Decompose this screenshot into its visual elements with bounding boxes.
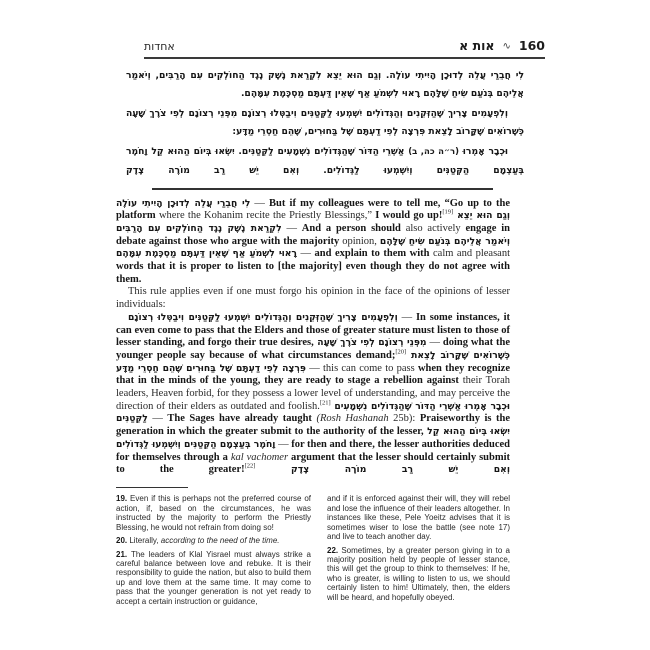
text-segment: kal vachomer	[231, 452, 288, 463]
text-segment: וְלִפְעָמִים צָרִיךְ שֶׁהַזְּקֵנִים וְהַ…	[126, 108, 524, 137]
header-section-group: אות א ∿ 160	[459, 38, 545, 53]
text-segment: (Rosh Hashanah	[312, 413, 389, 424]
text-segment: Literally,	[129, 536, 160, 545]
header-rule	[144, 57, 545, 59]
footnote-item: 21. The leaders of Klal Yisrael must alw…	[116, 550, 311, 606]
commentary-paragraph: לִי חֲבֵרַי עֲלֵה לְדוּכָן הָיִיתִי עוֹל…	[116, 198, 510, 287]
hebrew-paragraph: לִי חֲבֵרַי עֲלֵה לְדוּכָן הָיִיתִי עוֹל…	[126, 66, 524, 102]
text-segment: [22]	[245, 463, 256, 470]
text-segment: Sometimes, by a greater person giving in…	[327, 546, 510, 602]
footnote-number: 20.	[116, 536, 129, 545]
text-segment: לִי חֲבֵרַי עֲלֵה לְדוּכָן הָיִיתִי עוֹל…	[126, 70, 524, 99]
footnote-separator-rule	[116, 487, 188, 489]
text-segment: [21]	[320, 399, 331, 406]
page-number: 160	[519, 38, 545, 53]
text-segment: The Sages have already taught	[167, 413, 312, 424]
footnote-number: 21.	[116, 550, 131, 559]
hebrew-paragraph: וּכְבָר אָמְרוּ (ר״ה כה, ב) אַשְׁרֵי הַד…	[126, 142, 524, 179]
footnotes-section: 19. Even if this is perhaps not the pref…	[116, 494, 510, 609]
text-segment: and explain to them with	[315, 248, 430, 259]
footnote-item: 22. Sometimes, by a greater person givin…	[327, 546, 510, 602]
text-segment: וְלִפְעָמִים צָרִיךְ שֶׁהַזְּקֵנִים וְהַ…	[128, 312, 398, 323]
text-segment: where the Kohanim recite the Priestly Bl…	[156, 210, 376, 221]
text-segment: —	[148, 413, 168, 424]
footnote-item: 19. Even if this is perhaps not the pref…	[116, 494, 311, 532]
hebrew-paragraph: וְלִפְעָמִים צָרִיךְ שֶׁהַזְּקֵנִים וְהַ…	[126, 104, 524, 140]
footnote-number: 19.	[116, 494, 130, 503]
text-segment: —	[297, 248, 315, 259]
footnotes-right-column: and if it is enforced against their will…	[327, 494, 510, 609]
text-segment: [20]	[395, 348, 406, 355]
footnote-number: 22.	[327, 546, 341, 555]
text-segment: I would go up!	[375, 210, 442, 221]
text-segment: —	[398, 312, 416, 323]
hebrew-source-text: לִי חֲבֵרַי עֲלֵה לְדוּכָן הָיִיתִי עוֹל…	[126, 66, 524, 179]
text-segment: This rule applies even if one must forgo…	[116, 286, 510, 310]
text-segment: according to the need of the time.	[161, 536, 280, 545]
text-segment: וְאִם יֵשׁ רַב מוֹרֶה צֶדֶק	[255, 464, 510, 475]
commentary-paragraph: This rule applies even if one must forgo…	[116, 286, 510, 311]
text-segment: — this can come to pass	[306, 363, 418, 374]
text-segment: The leaders of Klal Yisrael must always …	[116, 550, 311, 606]
text-segment: וּכְבָר אָמְרוּ	[459, 146, 508, 157]
text-segment: (ר״ה כה, ב)	[408, 147, 459, 157]
text-segment: מִפְּנֵי רְצוֹנָם לְפִי צֹרֶךְ שָׁעָה	[314, 337, 427, 348]
text-segment: opinion,	[339, 236, 380, 247]
text-segment: —	[427, 337, 443, 348]
text-segment: 25b):	[389, 413, 420, 424]
footnote-item: 20. Literally, according to the need of …	[116, 536, 311, 545]
text-segment: also actively	[401, 223, 466, 234]
text-segment: —	[250, 198, 269, 209]
text-segment: —	[275, 439, 291, 450]
header-topic-title: אחדות	[144, 40, 175, 53]
page-content: לִי חֲבֵרַי עֲלֵה לְדוּכָן הָיִיתִי עוֹל…	[116, 66, 510, 610]
squiggle-ornament-icon: ∿	[503, 41, 511, 52]
text-segment: Even if this is perhaps not the preferre…	[116, 494, 311, 531]
section-divider-rule	[152, 188, 493, 190]
text-segment: and if it is enforced against their will…	[327, 494, 510, 541]
footnotes-left-column: 19. Even if this is perhaps not the pref…	[116, 494, 311, 609]
text-segment: calm and pleasant	[430, 248, 511, 259]
text-segment: words that it is proper to listen to [th…	[116, 261, 510, 285]
english-commentary: לִי חֲבֵרַי עֲלֵה לְדוּכָן הָיִיתִי עוֹל…	[116, 198, 510, 477]
footnote-item: and if it is enforced against their will…	[327, 494, 510, 541]
text-segment: [19]	[442, 209, 453, 216]
page-header: אחדות אות א ∿ 160	[144, 38, 545, 53]
header-section-title: אות א	[459, 38, 494, 53]
text-segment: לִי חֲבֵרַי עֲלֵה לְדוּכָן הָיִיתִי עוֹל…	[116, 198, 250, 209]
text-segment: —	[282, 223, 302, 234]
book-page: אחדות אות א ∿ 160 לִי חֲבֵרַי עֲלֵה לְדו…	[0, 0, 650, 650]
text-segment: And a person should	[302, 223, 401, 234]
commentary-paragraph: וְלִפְעָמִים צָרִיךְ שֶׁהַזְּקֵנִים וְהַ…	[116, 312, 510, 477]
